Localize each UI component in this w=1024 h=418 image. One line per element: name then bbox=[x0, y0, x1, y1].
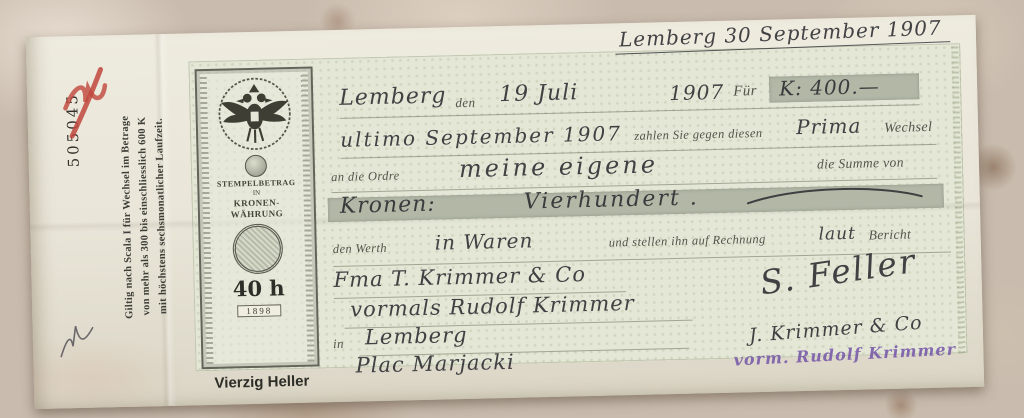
wechsel-label: Wechsel bbox=[884, 120, 933, 137]
in-label: in bbox=[333, 336, 344, 352]
copy-type-field: Prima bbox=[796, 114, 862, 140]
issue-date-field: 19 Juli bbox=[499, 80, 579, 107]
stamp-caption: Vierzig Heller bbox=[192, 372, 332, 392]
stamp-medallion bbox=[232, 224, 283, 275]
stamp-title: STEMPELBETRAG IN KRONEN- WÄHRUNG bbox=[217, 178, 296, 221]
stamp-title-line: WÄHRUNG bbox=[218, 208, 297, 221]
ordre-label: an die Ordre bbox=[331, 168, 400, 185]
zahlen-label: zahlen Sie gegen diesen bbox=[634, 126, 763, 144]
value-clause-field: in Waren bbox=[434, 228, 533, 254]
currency-field: Kronen: bbox=[340, 192, 437, 219]
margin-note-line: mit höchstens sechsmonatlicher Laufzeit. bbox=[152, 60, 170, 372]
drawee-address-field: Plac Marjacki bbox=[355, 350, 515, 378]
stamp-year: 1898 bbox=[237, 305, 281, 318]
mask-ornament bbox=[245, 155, 268, 178]
stamp-value: 40 h bbox=[233, 275, 285, 301]
amount-figures-field: K: 400.— bbox=[779, 74, 880, 100]
summe-label: die Summe von bbox=[817, 155, 904, 173]
fuer-label: Für bbox=[733, 83, 757, 101]
pencil-mark bbox=[54, 312, 101, 369]
margin-note-line: Giltig nach Scala I für Wechsel im Betra… bbox=[118, 61, 136, 373]
revenue-stamp-panel: STEMPELBETRAG IN KRONEN- WÄHRUNG 40 h 18… bbox=[195, 66, 320, 369]
laut-field: laut bbox=[818, 224, 856, 245]
drawee-city-field: Lemberg bbox=[365, 323, 468, 349]
margin-note-line: von mehr als 300 bis einschliesslich 600… bbox=[135, 60, 153, 372]
amount-words-field: Vierhundert . bbox=[523, 185, 699, 214]
issue-year-field: 1907 bbox=[669, 80, 724, 105]
bericht-label: Bericht bbox=[868, 226, 911, 243]
den-label: den bbox=[455, 95, 475, 111]
photo-background: 505045 Giltig nach Scala I für Wechsel i… bbox=[0, 0, 1024, 418]
place-field: Lemberg bbox=[339, 83, 447, 111]
double-eagle-icon bbox=[210, 73, 300, 155]
bill-of-exchange-paper: 505045 Giltig nach Scala I für Wechsel i… bbox=[26, 15, 985, 409]
payee-field: meine eigene bbox=[459, 150, 659, 183]
werth-label: den Werth bbox=[333, 241, 388, 257]
red-pencil-mark bbox=[56, 61, 120, 144]
